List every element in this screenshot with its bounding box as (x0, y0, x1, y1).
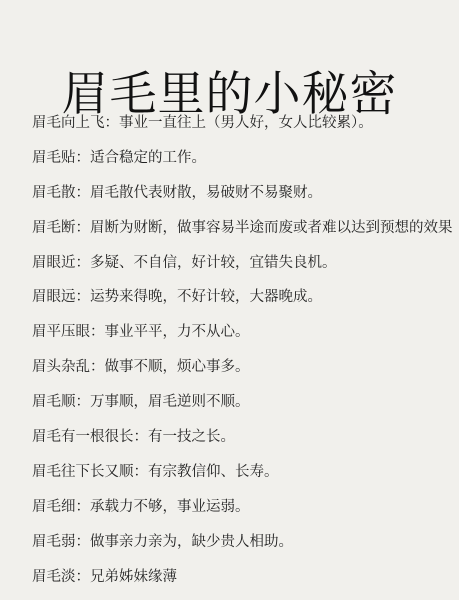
list-item: 眉头杂乱：做事不顺，烦心事多。 (32, 356, 459, 391)
item-term: 眉毛顺 (32, 394, 76, 410)
item-term: 眉毛细 (32, 499, 76, 515)
list-item: 眉眼远：运势来得晚，不好计较，大器晚成。 (32, 286, 459, 321)
item-term: 眉毛散 (32, 185, 76, 201)
item-description: 有宗教信仰、长寿。 (148, 464, 279, 480)
list-item: 眉毛顺：万事顺，眉毛逆则不顺。 (32, 391, 459, 426)
item-description: 万事顺，眉毛逆则不顺。 (90, 394, 250, 410)
item-term: 眉毛淡 (32, 569, 76, 585)
item-description: 事业一直往上（男人好，女人比较累）。 (119, 115, 373, 131)
item-separator: ： (105, 115, 120, 131)
list-item: 眉毛散：眉毛散代表财散，易破财不易聚财。 (32, 182, 459, 217)
item-term: 眉毛贴 (32, 150, 76, 166)
item-description: 运势来得晚，不好计较，大器晚成。 (90, 289, 322, 305)
item-separator: ： (76, 185, 91, 201)
item-description: 事业平平，力不从心。 (105, 324, 250, 340)
item-description: 有一技之长。 (148, 429, 235, 445)
item-description: 眉毛散代表财散，易破财不易聚财。 (90, 185, 322, 201)
item-term: 眉毛弱 (32, 534, 76, 550)
list-item: 眉毛弱：做事亲力亲为，缺少贵人相助。 (32, 531, 459, 566)
item-separator: ： (76, 289, 91, 305)
list-item: 眉毛向上飞：事业一直往上（男人好，女人比较累）。 (32, 112, 459, 147)
item-description: 多疑、不自信，好计较，宜错失良机。 (90, 255, 337, 271)
item-term: 眉平压眼 (32, 324, 90, 340)
item-description: 兄弟姊妹缘薄 (90, 569, 177, 585)
list-item: 眉毛贴：适合稳定的工作。 (32, 147, 459, 182)
item-separator: ： (76, 255, 91, 271)
list-item: 眉毛断：眉断为财断，做事容易半途而废或者难以达到预想的效果 (32, 217, 459, 252)
eyebrow-traits-list: 眉毛向上飞：事业一直往上（男人好，女人比较累）。 眉毛贴：适合稳定的工作。 眉毛… (32, 112, 459, 600)
item-term: 眉毛有一根很长 (32, 429, 134, 445)
item-term: 眉眼近 (32, 255, 76, 271)
item-description: 做事不顺，烦心事多。 (105, 359, 250, 375)
item-term: 眉毛往下长又顺 (32, 464, 134, 480)
item-separator: ： (90, 359, 105, 375)
list-item: 眉毛有一根很长：有一技之长。 (32, 426, 459, 461)
item-description: 做事亲力亲为，缺少贵人相助。 (90, 534, 293, 550)
item-term: 眉毛断 (32, 220, 76, 236)
item-separator: ： (76, 499, 91, 515)
item-description: 承载力不够，事业运弱。 (90, 499, 250, 515)
item-separator: ： (134, 429, 149, 445)
item-separator: ： (76, 150, 91, 166)
list-item: 眉毛往下长又顺：有宗教信仰、长寿。 (32, 461, 459, 496)
list-item: 眉眼近：多疑、不自信，好计较，宜错失良机。 (32, 252, 459, 287)
item-description: 眉断为财断，做事容易半途而废或者难以达到预想的效果 (90, 220, 453, 236)
item-separator: ： (90, 324, 105, 340)
item-description: 适合稳定的工作。 (90, 150, 206, 166)
item-term: 眉毛向上飞 (32, 115, 105, 131)
list-item: 眉平压眼：事业平平，力不从心。 (32, 321, 459, 356)
item-term: 眉头杂乱 (32, 359, 90, 375)
item-separator: ： (134, 464, 149, 480)
item-separator: ： (76, 394, 91, 410)
item-separator: ： (76, 220, 91, 236)
item-term: 眉眼远 (32, 289, 76, 305)
list-item: 眉毛淡：兄弟姊妹缘薄 (32, 566, 459, 600)
item-separator: ： (76, 534, 91, 550)
item-separator: ： (76, 569, 91, 585)
list-item: 眉毛细：承载力不够，事业运弱。 (32, 496, 459, 531)
